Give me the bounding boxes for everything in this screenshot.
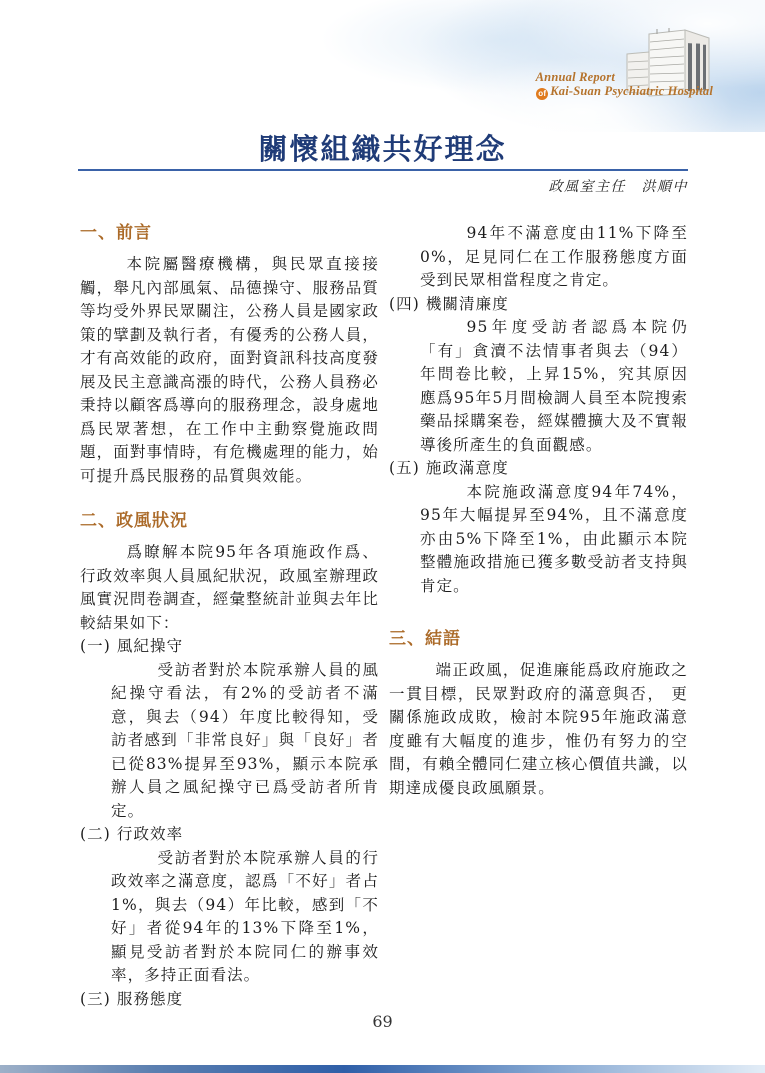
of-badge-icon: of	[536, 88, 548, 100]
hospital-name-label: Kai-Suan Psychiatric Hospital	[550, 84, 713, 98]
section-heading-ethics-status: 二、政風狀況	[80, 510, 379, 532]
list-body-service-attitude: 94年不滿意度由11%下降至0%，足見同仁在工作服務態度方面受到民眾相當程度之肯…	[389, 222, 688, 293]
list-label-discipline: (一) 風紀操守	[80, 635, 379, 659]
left-column: 一、前言 本院屬醫療機構，與民眾直接接觸，舉凡內部風氣、品德操守、服務品質等均受…	[80, 222, 379, 1011]
section-heading-foreword: 一、前言	[80, 222, 379, 244]
list-label-efficiency: (二) 行政效率	[80, 823, 379, 847]
ethics-intro-paragraph: 爲瞭解本院95年各項施政作爲、行政效率與人員風紀狀況，政風室辦理政風實況問卷調查…	[80, 541, 379, 635]
list-body-integrity: 95年度受訪者認爲本院仍「有」貪瀆不法情事者與去（94）年問卷比較，上昇15%，…	[389, 316, 688, 457]
annual-report-text: Annual Report	[536, 70, 615, 84]
page-number: 69	[0, 1012, 765, 1031]
section-heading-conclusion: 三、結語	[389, 628, 688, 650]
footer-gradient-bar	[0, 1065, 765, 1073]
document-page: Annual Report ofKai-Suan Psychiatric Hos…	[0, 0, 765, 1073]
author-byline: 政風室主任 洪順中	[78, 176, 688, 196]
title-divider	[78, 169, 688, 171]
list-body-satisfaction: 本院施政滿意度94年74%，95年大幅提昇至94%，且不滿意度亦由5%下降至1%…	[389, 481, 688, 599]
list-body-efficiency: 受訪者對於本院承辦人員的行政效率之滿意度，認爲「不好」者占1%，與去（94）年比…	[80, 847, 379, 988]
right-column: 94年不滿意度由11%下降至0%，足見同仁在工作服務態度方面受到民眾相當程度之肯…	[389, 222, 688, 1011]
conclusion-paragraph: 端正政風，促進廉能爲政府施政之一貫目標，民眾對政府的滿意與否， 更關係施政成敗，…	[389, 659, 688, 800]
hospital-name-text: ofKai-Suan Psychiatric Hospital	[536, 84, 713, 100]
list-body-discipline: 受訪者對於本院承辦人員的風紀操守看法，有2%的受訪者不滿意，與去（94）年度比較…	[80, 659, 379, 824]
foreword-paragraph: 本院屬醫療機構，與民眾直接接觸，舉凡內部風氣、品德操守、服務品質等均受外界民眾關…	[80, 253, 379, 488]
annual-report-logo: Annual Report ofKai-Suan Psychiatric Hos…	[536, 70, 713, 100]
article-body: 一、前言 本院屬醫療機構，與民眾直接接觸，舉凡內部風氣、品德操守、服務品質等均受…	[80, 222, 688, 1011]
list-label-service-attitude: (三) 服務態度	[80, 988, 379, 1012]
page-title: 關懷組織共好理念	[0, 127, 765, 168]
list-label-satisfaction: (五) 施政滿意度	[389, 457, 688, 481]
list-label-integrity: (四) 機關清廉度	[389, 293, 688, 317]
